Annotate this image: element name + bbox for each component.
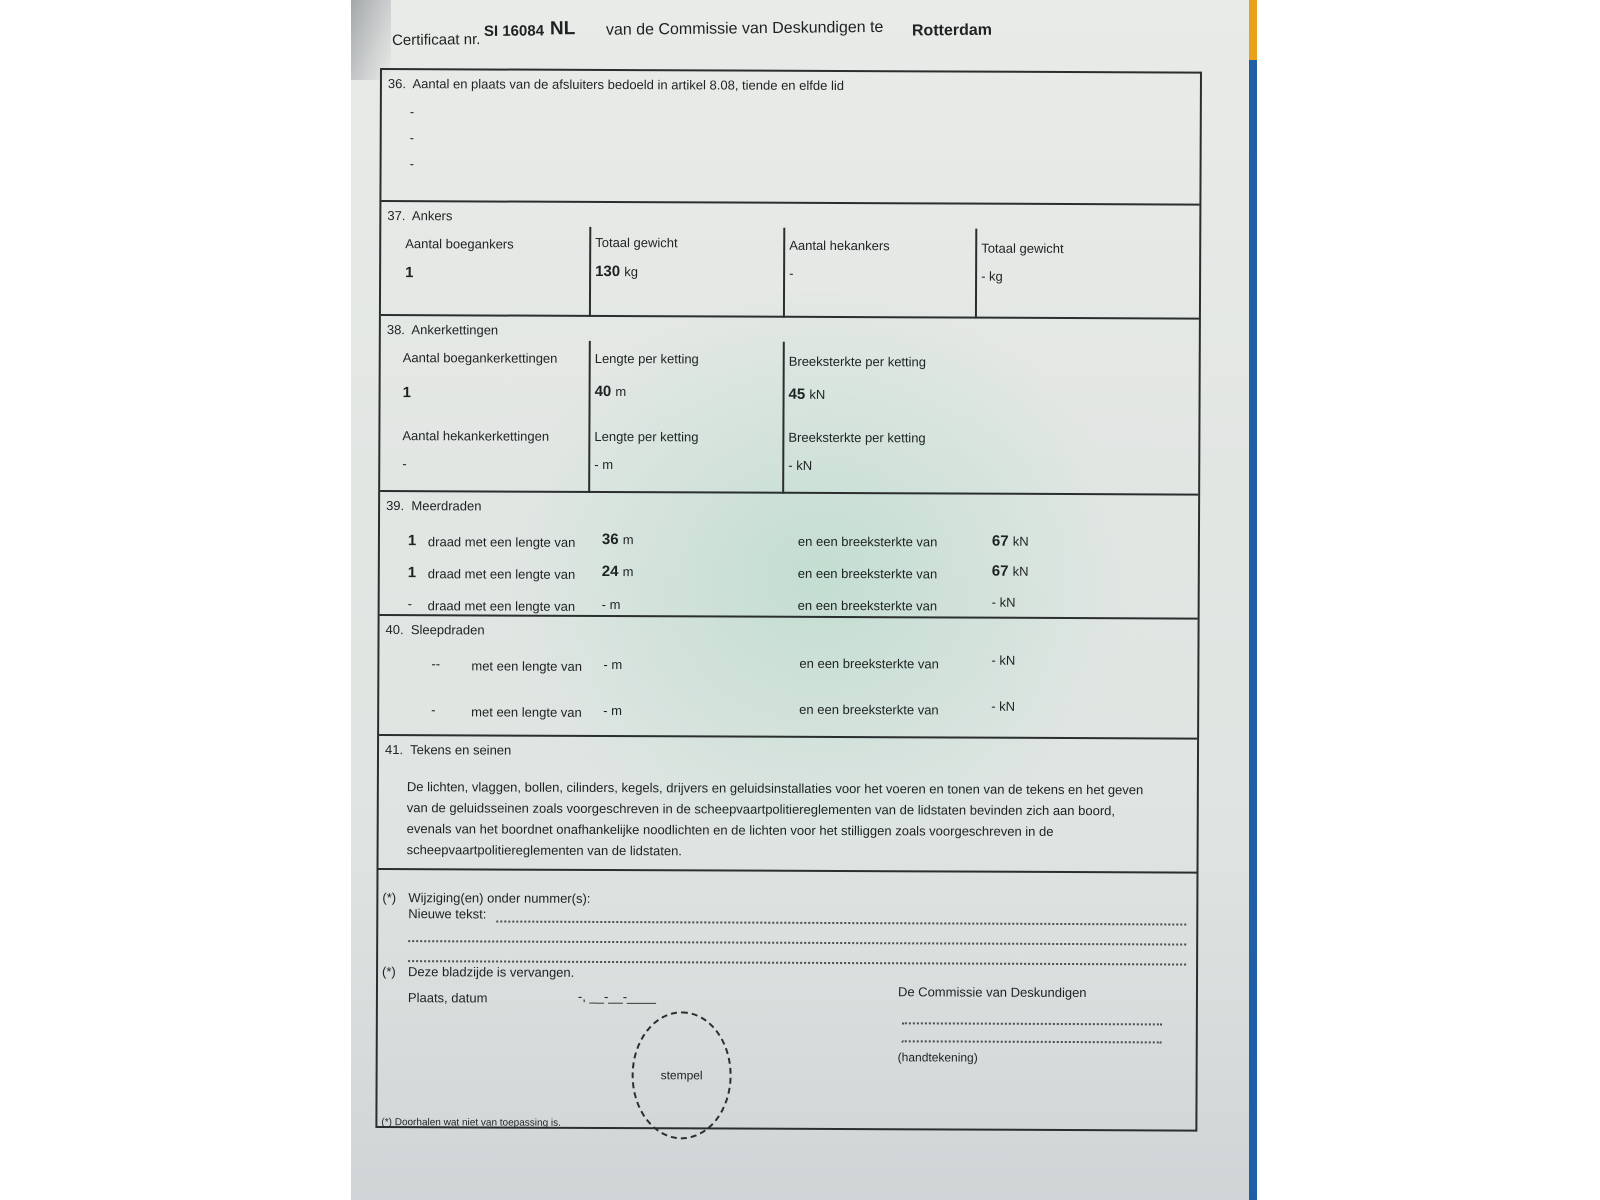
new-text-label: Nieuwe tekst:	[408, 906, 486, 921]
page-replaced-label: Deze bladzijde is vervangen.	[408, 964, 574, 980]
column-divider	[975, 229, 977, 319]
section-number: 36.	[388, 76, 406, 91]
column-divider	[783, 228, 785, 318]
valve-entry: -	[410, 156, 414, 171]
column-divider	[589, 227, 591, 317]
stern-weight-value: - kg	[981, 269, 1003, 284]
valve-entry: -	[410, 130, 414, 145]
certificate-form: 36. Aantal en plaats van de afsluiters b…	[375, 68, 1202, 1132]
bow-anchors-label: Aantal boegankers	[405, 236, 513, 251]
stern-chain-length-label: Lengte per ketting	[594, 429, 698, 444]
section-title: Tekens en seinen	[410, 742, 511, 757]
footnote-marker: (*)	[382, 964, 396, 979]
bow-anchors-value: 1	[405, 264, 413, 281]
section-title: Ankerkettingen	[411, 322, 498, 337]
stern-weight-label: Totaal gewicht	[981, 241, 1063, 256]
stern-chains-value: -	[402, 456, 406, 471]
footnote: (*) Doorhalen wat niet van toepassing is…	[381, 1117, 561, 1129]
commission-label: De Commissie van Deskundigen	[898, 984, 1087, 1000]
footnote-marker: (*)	[382, 890, 396, 905]
stern-chain-strength-label: Breeksterkte per ketting	[788, 430, 925, 446]
section-36: 36. Aantal en plaats van de afsluiters b…	[381, 70, 1200, 206]
section-number: 37.	[387, 208, 405, 223]
changes-label: Wijziging(en) onder nummer(s):	[408, 890, 590, 906]
section-38: 38. Ankerkettingen Aantal boegankerketti…	[380, 316, 1199, 496]
bow-weight-value: 130 kg	[595, 263, 638, 280]
signals-paragraph: De lichten, vlaggen, bollen, cilinders, …	[407, 776, 1187, 863]
country-code: NL	[550, 18, 576, 40]
place-date-label: Plaats, datum	[408, 990, 488, 1005]
stern-anchors-value: -	[789, 266, 793, 281]
stern-chains-label: Aantal hekankerkettingen	[402, 428, 549, 444]
stern-anchors-label: Aantal hekankers	[789, 238, 890, 253]
bow-chains-value: 1	[403, 384, 411, 401]
bow-chain-length-value: 40 m	[595, 383, 627, 400]
bow-chain-length-label: Lengte per ketting	[595, 351, 699, 366]
section-title: Aantal en plaats van de afsluiters bedoe…	[412, 76, 844, 93]
issuer-city: Rotterdam	[912, 22, 992, 41]
folder-edge-orange	[1249, 0, 1257, 60]
folder-edge-blue	[1249, 60, 1257, 1200]
bow-chain-strength-value: 45 kN	[789, 386, 826, 403]
section-number: 41.	[385, 742, 403, 757]
section-title: Ankers	[412, 208, 453, 223]
amendments-section: (*) Wijziging(en) onder nummer(s): Nieuw…	[377, 870, 1196, 1134]
issuer-text: van de Commissie van Deskundigen te	[606, 19, 884, 40]
stern-chain-strength-value: - kN	[788, 458, 812, 473]
bow-weight-label: Totaal gewicht	[595, 235, 677, 250]
section-40: 40. Sleepdraden -- met een lengte van - …	[379, 616, 1198, 740]
certificate-label: Certificaat nr.	[392, 31, 481, 49]
stern-chain-length-value: - m	[594, 457, 613, 472]
section-number: 38.	[387, 322, 405, 337]
section-title: Meerdraden	[411, 498, 481, 513]
section-title: Sleepdraden	[411, 622, 485, 637]
section-number: 39.	[386, 498, 404, 513]
section-number: 40.	[386, 622, 404, 637]
place-date-value: -, __-__-____	[578, 989, 656, 1004]
section-39: 39. Meerdraden 1 draad met een lengte va…	[380, 492, 1199, 620]
new-text-line	[408, 940, 1186, 945]
valve-entry: -	[410, 104, 414, 119]
certificate-number: SI 16084	[484, 22, 544, 40]
section-41: 41. Tekens en seinen De lichten, vlaggen…	[379, 736, 1198, 874]
signature-label: (handtekening)	[898, 1050, 978, 1064]
column-divider	[588, 341, 591, 493]
stamp-placeholder: stempel	[631, 1011, 732, 1139]
bow-chains-label: Aantal boegankerkettingen	[403, 350, 558, 366]
bow-chain-strength-label: Breeksterkte per ketting	[789, 354, 926, 370]
section-37: 37. Ankers Aantal boegankers 1 Totaal ge…	[381, 202, 1199, 320]
new-text-line	[496, 921, 1186, 926]
stamp-label: stempel	[661, 1068, 703, 1082]
signature-line	[902, 1040, 1162, 1043]
signature-line	[902, 1022, 1162, 1025]
column-divider	[782, 342, 785, 494]
